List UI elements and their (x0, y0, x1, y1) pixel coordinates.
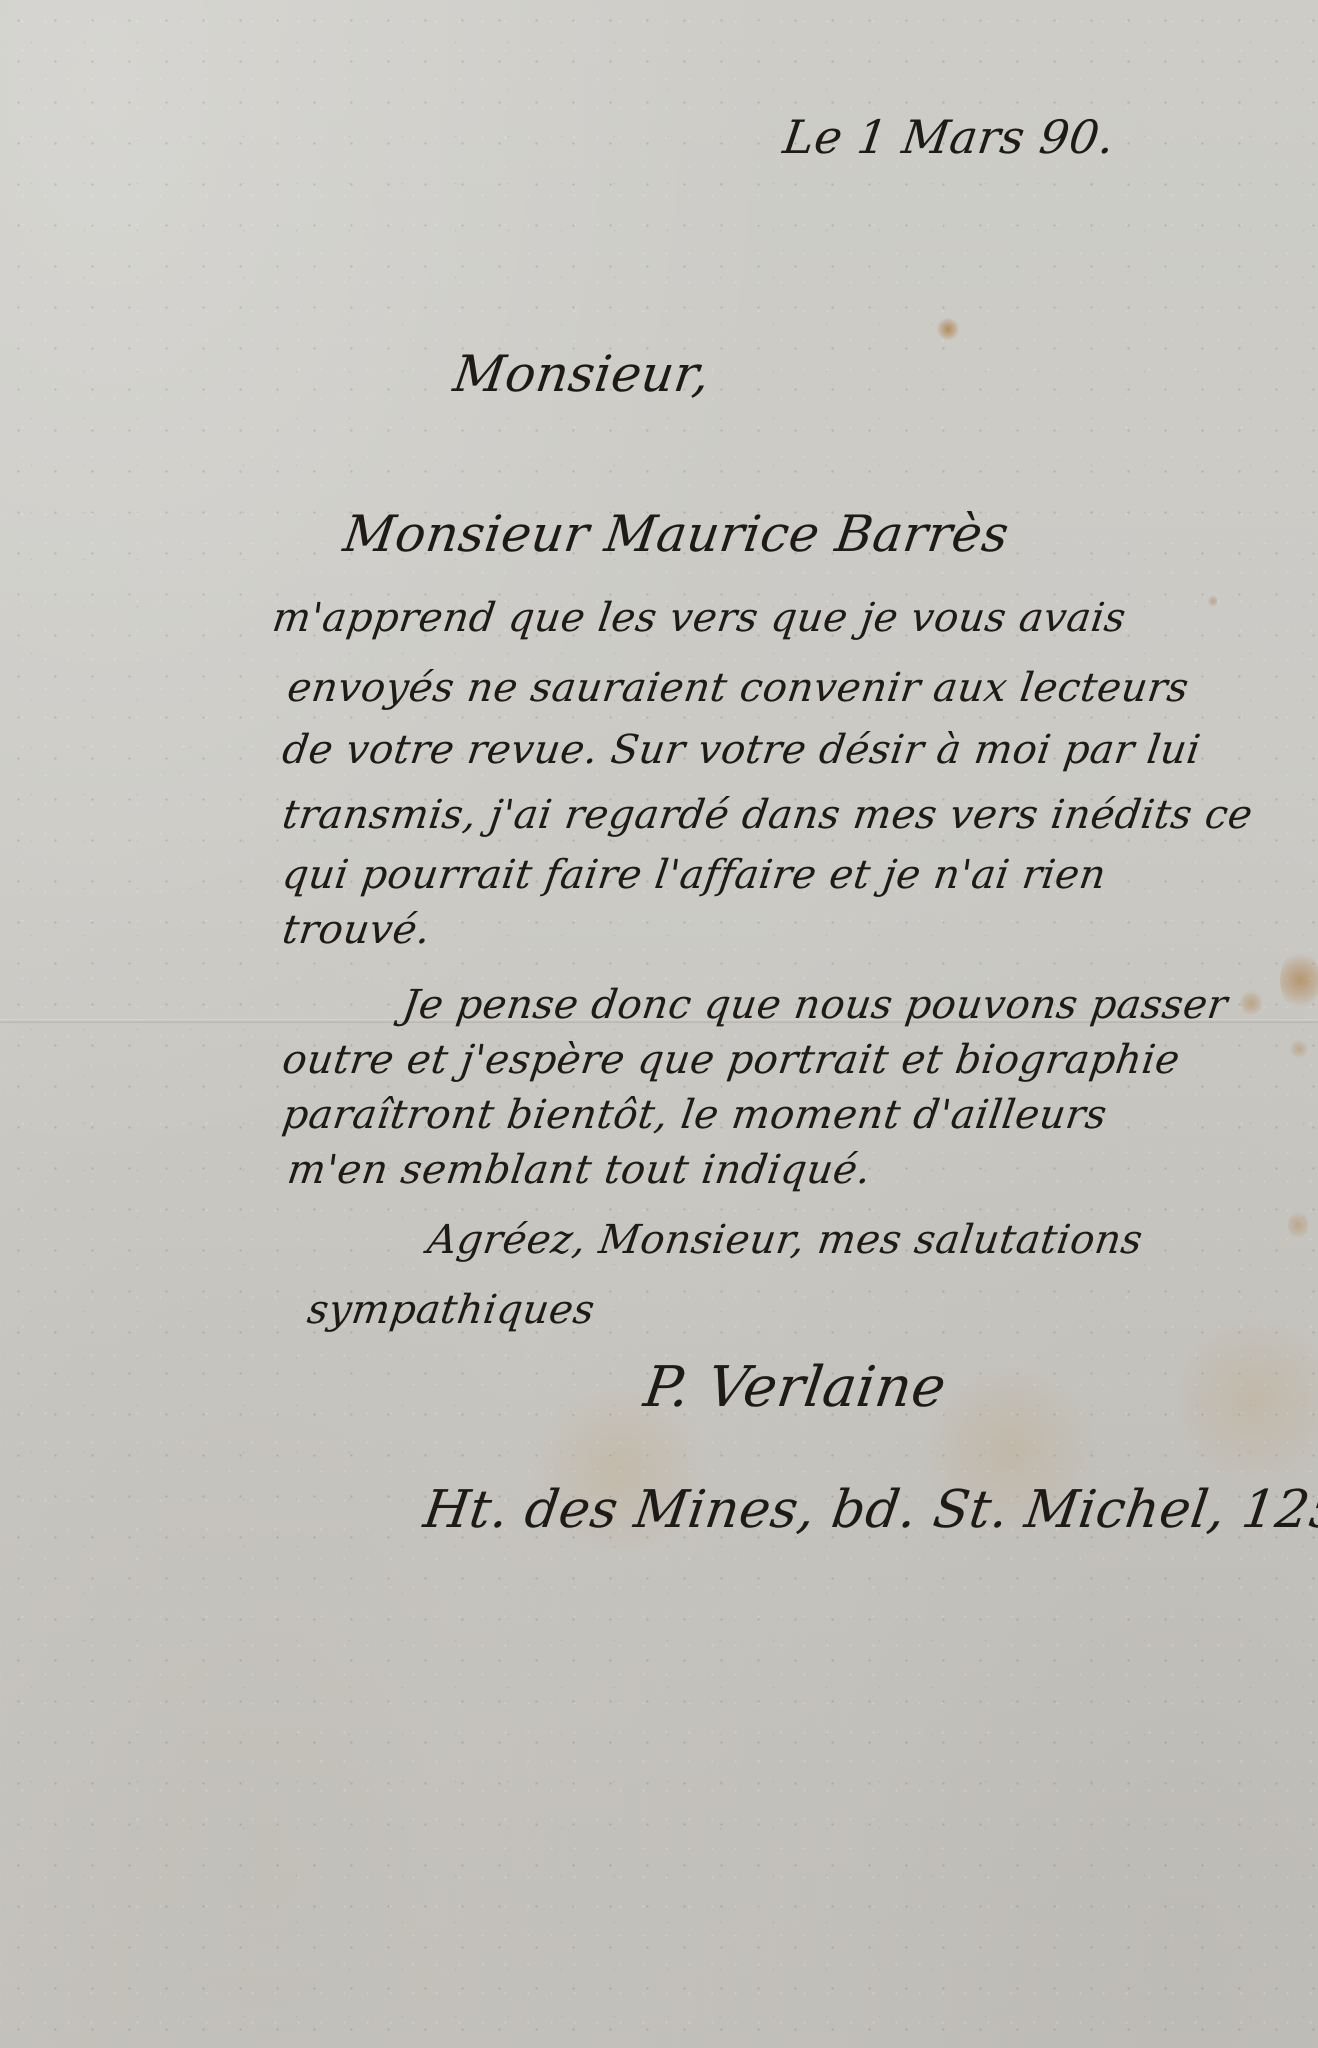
letter-salutation: Monsieur, (450, 345, 714, 403)
paragraph-2-line-2: outre et j'espère que portrait et biogra… (280, 1040, 1182, 1080)
paragraph-1-line-1: Monsieur Maurice Barrès (340, 505, 1013, 563)
ink-spot-stain (937, 318, 959, 340)
letter-paper: Le 1 Mars 90. Monsieur, Monsieur Maurice… (0, 0, 1318, 2048)
foxing-stain (1240, 990, 1262, 1016)
paragraph-1-line-3: envoyés ne sauraient convenir aux lecteu… (285, 668, 1191, 708)
paragraph-1-line-6: qui pourrait faire l'affaire et je n'ai … (280, 855, 1109, 895)
closing-line-2: sympathiques (305, 1290, 597, 1330)
foxing-stain (1208, 595, 1218, 607)
closing-line-1: Agréez, Monsieur, mes salutations (425, 1220, 1145, 1260)
letter-date: Le 1 Mars 90. (780, 110, 1118, 164)
sender-address: Ht. des Mines, bd. St. Michel, 125 (420, 1480, 1318, 1540)
paragraph-2-line-3: paraîtront bientôt, le moment d'ailleurs (280, 1095, 1109, 1135)
foxing-stain (1288, 1210, 1308, 1240)
paragraph-2-line-1: Je pense donc que nous pouvons passer (400, 985, 1230, 1025)
paragraph-1-line-5: transmis, j'ai regardé dans mes vers iné… (280, 795, 1255, 835)
foxing-stain (1290, 1040, 1308, 1058)
paragraph-1-line-7: trouvé. (280, 910, 433, 950)
signature: P. Verlaine (640, 1355, 950, 1420)
paragraph-1-line-4: de votre revue. Sur votre désir à moi pa… (280, 730, 1203, 770)
paragraph-1-line-2: m'apprend que les vers que je vous avais (270, 598, 1128, 638)
foxing-stain (1280, 950, 1318, 1010)
paragraph-2-line-4: m'en semblant tout indiqué. (285, 1150, 874, 1190)
foxing-stain (1180, 1300, 1318, 1500)
